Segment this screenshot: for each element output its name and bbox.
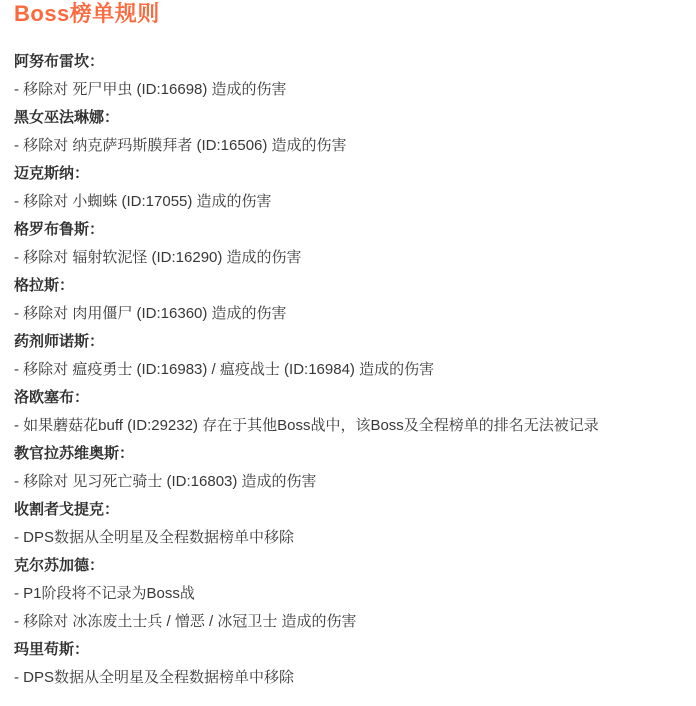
- boss-section-faerlina: 黑女巫法琳娜： - 移除对 纳克萨玛斯膜拜者 (ID:16506) 造成的伤害: [14, 104, 686, 160]
- boss-name: 收割者戈提克：: [14, 496, 686, 524]
- page-title: Boss榜单规则: [14, 0, 686, 28]
- boss-rule: - 移除对 小蜘蛛 (ID:17055) 造成的伤害: [14, 188, 686, 216]
- boss-section-malygos: 玛里苟斯： - DPS数据从全明星及全程数据榜单中移除: [14, 636, 686, 692]
- boss-rule: - 移除对 辐射软泥怪 (ID:16290) 造成的伤害: [14, 244, 686, 272]
- boss-name: 阿努布雷坎：: [14, 48, 686, 76]
- boss-section-anubrekhan: 阿努布雷坎： - 移除对 死尸甲虫 (ID:16698) 造成的伤害: [14, 48, 686, 104]
- boss-name: 黑女巫法琳娜：: [14, 104, 686, 132]
- boss-section-kelthuzad: 克尔苏加德： - P1阶段将不记录为Boss战 - 移除对 冰冻废土士兵 / 憎…: [14, 552, 686, 636]
- boss-name: 药剂师诺斯：: [14, 328, 686, 356]
- boss-rule: - 移除对 见习死亡骑士 (ID:16803) 造成的伤害: [14, 468, 686, 496]
- boss-rule: - 移除对 肉用僵尸 (ID:16360) 造成的伤害: [14, 300, 686, 328]
- boss-section-gothik: 收割者戈提克： - DPS数据从全明星及全程数据榜单中移除: [14, 496, 686, 552]
- boss-section-razuvious: 教官拉苏维奥斯： - 移除对 见习死亡骑士 (ID:16803) 造成的伤害: [14, 440, 686, 496]
- boss-rule: - 移除对 瘟疫勇士 (ID:16983) / 瘟疫战士 (ID:16984) …: [14, 356, 686, 384]
- boss-rule: - 移除对 死尸甲虫 (ID:16698) 造成的伤害: [14, 76, 686, 104]
- boss-section-grobbulus: 格罗布鲁斯： - 移除对 辐射软泥怪 (ID:16290) 造成的伤害: [14, 216, 686, 272]
- boss-rule: - 如果蘑菇花buff (ID:29232) 存在于其他Boss战中，该Boss…: [14, 412, 686, 440]
- boss-section-gluth: 格拉斯： - 移除对 肉用僵尸 (ID:16360) 造成的伤害: [14, 272, 686, 328]
- boss-rule: - DPS数据从全明星及全程数据榜单中移除: [14, 524, 686, 552]
- boss-name: 格拉斯：: [14, 272, 686, 300]
- boss-name: 迈克斯纳：: [14, 160, 686, 188]
- boss-name: 克尔苏加德：: [14, 552, 686, 580]
- boss-name: 格罗布鲁斯：: [14, 216, 686, 244]
- boss-section-noth: 药剂师诺斯： - 移除对 瘟疫勇士 (ID:16983) / 瘟疫战士 (ID:…: [14, 328, 686, 384]
- boss-rule: - 移除对 纳克萨玛斯膜拜者 (ID:16506) 造成的伤害: [14, 132, 686, 160]
- boss-section-loatheb: 洛欧塞布： - 如果蘑菇花buff (ID:29232) 存在于其他Boss战中…: [14, 384, 686, 440]
- boss-rule: - 移除对 冰冻废土士兵 / 憎恶 / 冰冠卫士 造成的伤害: [14, 608, 686, 636]
- boss-name: 教官拉苏维奥斯：: [14, 440, 686, 468]
- boss-name: 洛欧塞布：: [14, 384, 686, 412]
- boss-section-maexxna: 迈克斯纳： - 移除对 小蜘蛛 (ID:17055) 造成的伤害: [14, 160, 686, 216]
- boss-rule: - DPS数据从全明星及全程数据榜单中移除: [14, 664, 686, 692]
- boss-rule: - P1阶段将不记录为Boss战: [14, 580, 686, 608]
- boss-name: 玛里苟斯：: [14, 636, 686, 664]
- boss-rules-document: Boss榜单规则 阿努布雷坎： - 移除对 死尸甲虫 (ID:16698) 造成…: [0, 0, 696, 692]
